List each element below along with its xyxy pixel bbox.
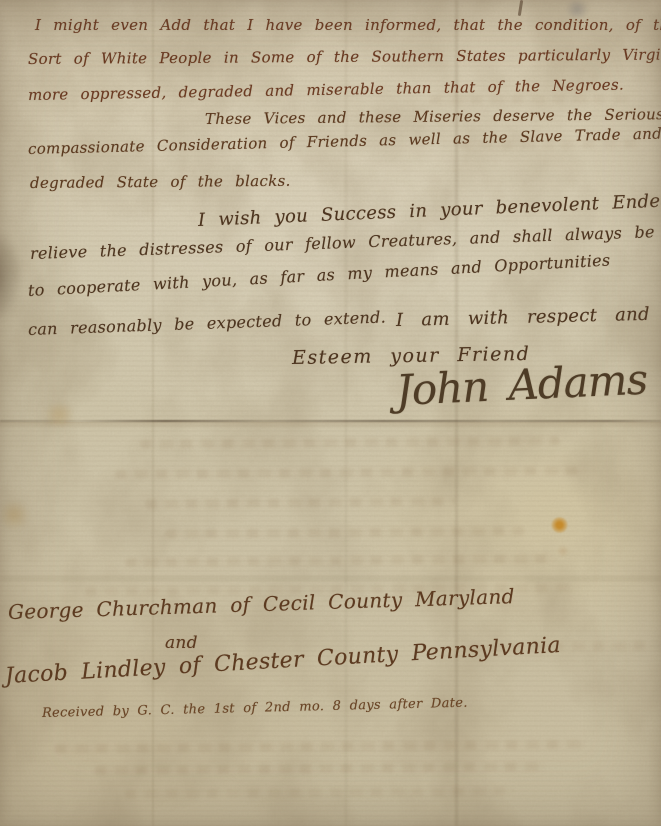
horizontal-fold-crease xyxy=(0,577,661,580)
faint-stain xyxy=(556,545,570,557)
vertical-fold-crease xyxy=(152,0,154,826)
letter-line: can reasonably be expected to extend. xyxy=(28,308,387,339)
recipient-line-1: George Churchman of Cecil County Marylan… xyxy=(8,584,515,624)
recipient-line-2: Jacob Lindley of Chester County Pennsylv… xyxy=(4,633,561,689)
faint-stain xyxy=(40,404,78,426)
signature-john-adams: John Adams xyxy=(395,355,648,415)
rust-stain xyxy=(551,517,568,533)
letter-line: Sort of White People in Some of the Sout… xyxy=(28,45,661,68)
ink-bleedthrough xyxy=(125,786,515,798)
ink-bleedthrough xyxy=(145,497,455,509)
ink-bleedthrough xyxy=(125,554,555,567)
ink-bleedthrough xyxy=(140,436,560,449)
letter-line: degraded State of the blacks. xyxy=(30,172,291,192)
page-edge-shadow xyxy=(0,226,24,326)
letter-page: I might even Add that I have been inform… xyxy=(0,0,661,826)
recipient-conjunction: and xyxy=(165,633,198,653)
horizontal-fold-crease xyxy=(0,420,661,422)
horizontal-fold-shadow xyxy=(0,422,661,429)
ink-bleedthrough xyxy=(55,740,585,754)
ink-mark xyxy=(518,0,523,16)
ink-bleedthrough xyxy=(95,762,545,775)
closing-respect-line: I am with respect and xyxy=(396,304,650,331)
letter-line: more oppressed, degraded and miserable t… xyxy=(28,76,624,104)
faint-stain xyxy=(0,498,28,532)
letter-line: These Vices and these Miseries deserve t… xyxy=(205,105,661,128)
letter-line: compassionate Consideration of Friends a… xyxy=(28,124,661,158)
received-note: Received by G. C. the 1st of 2nd mo. 8 d… xyxy=(42,696,468,721)
letter-line: I might even Add that I have been inform… xyxy=(35,16,661,34)
ink-bleedthrough xyxy=(165,526,525,538)
ink-bleedthrough xyxy=(115,466,585,479)
